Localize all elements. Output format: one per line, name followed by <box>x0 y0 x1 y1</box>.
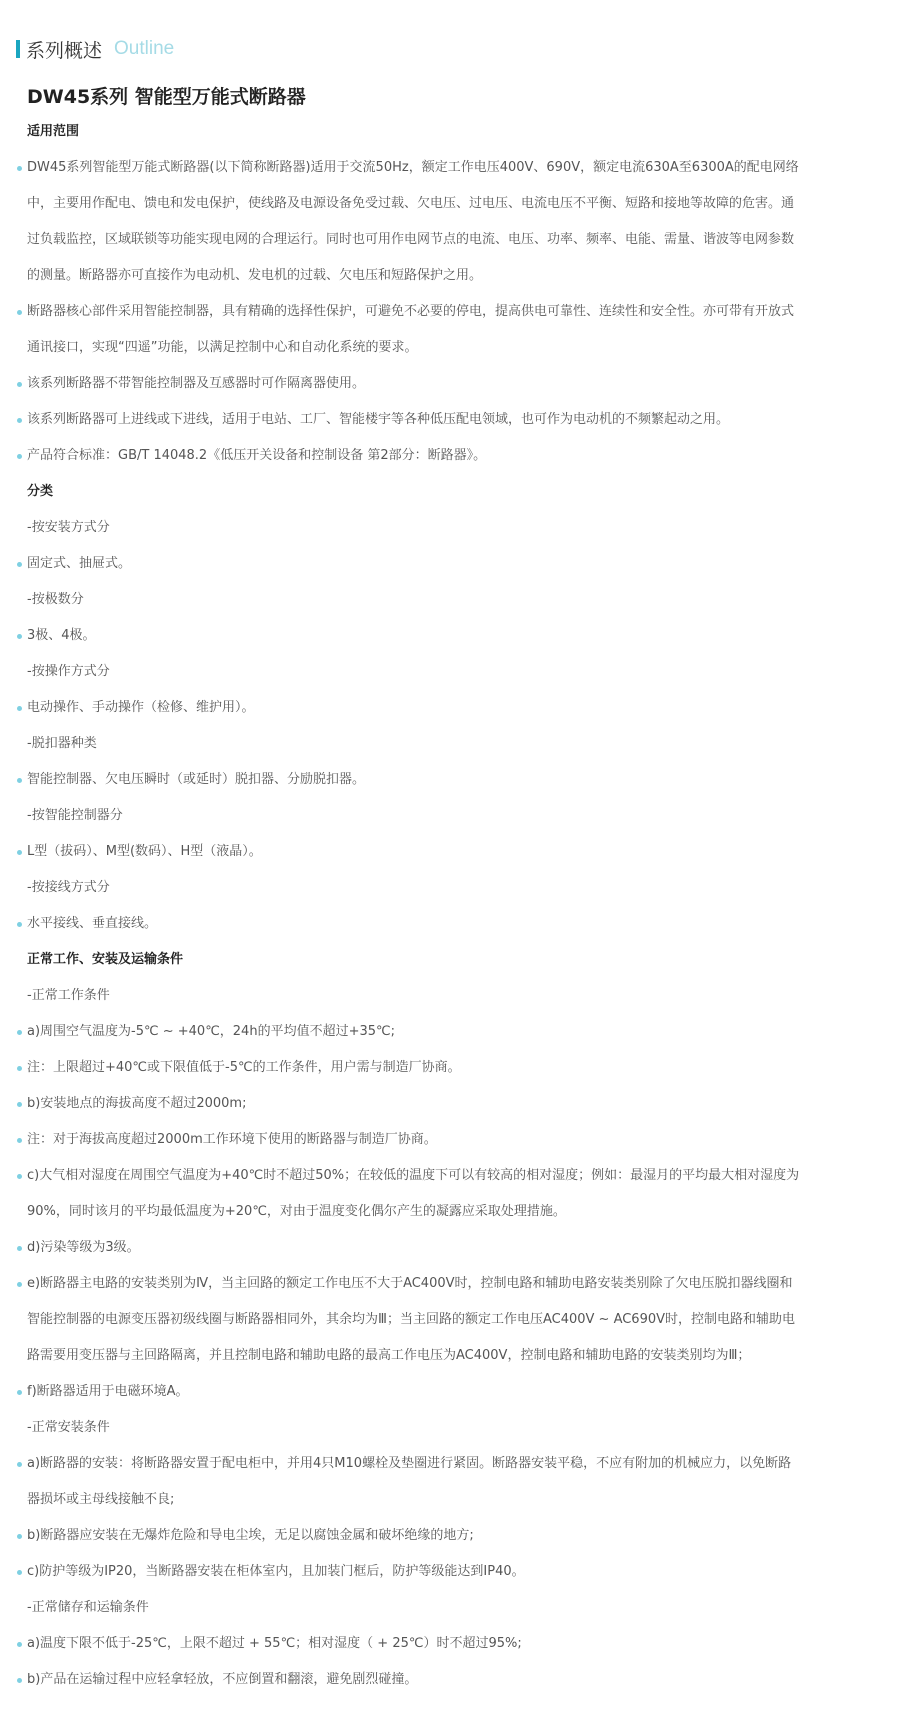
list-item: b)产品在运输过程中应轻拿轻放，不应倒置和翻滚，避免剧烈碰撞。 <box>27 1662 867 1698</box>
list-item: 断路器核心部件采用智能控制器，具有精确的选择性保护，可避免不必要的停电，提高供电… <box>27 294 867 366</box>
category-label: -按安装方式分 <box>27 510 867 546</box>
list-item: 固定式、抽屉式。 <box>27 546 867 582</box>
list-item-text: a)温度下限不低于-25℃，上限不超过 + 55℃；相对湿度（ + 25℃）时不… <box>27 1626 867 1662</box>
bullet-dot-icon <box>17 1462 22 1467</box>
bullet-dot-icon <box>17 1246 22 1251</box>
list-item-text: d)污染等级为3级。 <box>27 1230 867 1266</box>
list-item: e)断路器主电路的安装类别为Ⅳ，当主回路的额定工作电压不大于AC400V时，控制… <box>27 1266 867 1374</box>
subsection-heading: 分类 <box>27 474 867 510</box>
bullet-dot-icon <box>17 850 22 855</box>
list-item-text: c)大气相对湿度在周围空气温度为+40℃时不超过50%；在较低的温度下可以有较高… <box>27 1158 867 1194</box>
category-label: -正常工作条件 <box>27 978 867 1014</box>
list-item: b)安装地点的海拔高度不超过2000m; <box>27 1086 867 1122</box>
list-item-text: 断路器核心部件采用智能控制器，具有精确的选择性保护，可避免不必要的停电，提高供电… <box>27 294 867 330</box>
list-item-text: 该系列断路器不带智能控制器及互感器时可作隔离器使用。 <box>27 366 867 402</box>
list-item-text: 通讯接口，实现“四遥”功能，以满足控制中心和自动化系统的要求。 <box>27 330 867 366</box>
list-item: 注：上限超过+40℃或下限值低于-5℃的工作条件，用户需与制造厂协商。 <box>27 1050 867 1086</box>
list-item-text: 智能控制器的电源变压器初级线圈与断路器相同外，其余均为Ⅲ；当主回路的额定工作电压… <box>27 1302 867 1338</box>
bullet-dot-icon <box>17 1102 22 1107</box>
list-item: 水平接线、垂直接线。 <box>27 906 867 942</box>
list-item-text: 3极、4极。 <box>27 618 867 654</box>
list-item: L型（拔码）、M型(数码）、H型（液晶）。 <box>27 834 867 870</box>
list-item: 该系列断路器不带智能控制器及互感器时可作隔离器使用。 <box>27 366 867 402</box>
list-item-text: 器损坏或主母线接触不良; <box>27 1482 867 1518</box>
list-item-text: L型（拔码）、M型(数码）、H型（液晶）。 <box>27 834 867 870</box>
bullet-dot-icon <box>17 634 22 639</box>
category-label: -按操作方式分 <box>27 654 867 690</box>
list-item-text: 智能控制器、欠电压瞬时（或延时）脱扣器、分励脱扣器。 <box>27 762 867 798</box>
bullet-dot-icon <box>17 1282 22 1287</box>
list-item-text: b)安装地点的海拔高度不超过2000m; <box>27 1086 867 1122</box>
list-item-text: 过负载监控，区域联锁等功能实现电网的合理运行。同时也可用作电网节点的电流、电压、… <box>27 222 867 258</box>
list-item: c)防护等级为IP20，当断路器安装在柜体室内，且加装门框后，防护等级能达到IP… <box>27 1554 867 1590</box>
category-label: -正常安装条件 <box>27 1410 867 1446</box>
list-item: 注：对于海拔高度超过2000m工作环境下使用的断路器与制造厂协商。 <box>27 1122 867 1158</box>
list-item: b)断路器应安装在无爆炸危险和导电尘埃，无足以腐蚀金属和破坏绝缘的地方; <box>27 1518 867 1554</box>
content-body: 适用范围DW45系列智能型万能式断路器(以下简称断路器)适用于交流50Hz，额定… <box>27 114 867 1698</box>
list-item: DW45系列智能型万能式断路器(以下简称断路器)适用于交流50Hz，额定工作电压… <box>27 150 867 294</box>
bullet-dot-icon <box>17 778 22 783</box>
bullet-dot-icon <box>17 1390 22 1395</box>
list-item-text: 路需要用变压器与主回路隔离，并且控制电路和辅助电路的最高工作电压为AC400V，… <box>27 1338 867 1374</box>
bullet-dot-icon <box>17 418 22 423</box>
bullet-dot-icon <box>17 310 22 315</box>
bullet-dot-icon <box>17 166 22 171</box>
bullet-dot-icon <box>17 1642 22 1647</box>
category-label: -按接线方式分 <box>27 870 867 906</box>
list-item: f)断路器适用于电磁环境A。 <box>27 1374 867 1410</box>
list-item-text: 90%，同时该月的平均最低温度为+20℃，对由于温度变化偶尔产生的凝露应采取处理… <box>27 1194 867 1230</box>
list-item: c)大气相对湿度在周围空气温度为+40℃时不超过50%；在较低的温度下可以有较高… <box>27 1158 867 1230</box>
accent-bar <box>16 40 20 58</box>
bullet-dot-icon <box>17 454 22 459</box>
list-item-text: DW45系列智能型万能式断路器(以下简称断路器)适用于交流50Hz，额定工作电压… <box>27 150 867 186</box>
list-item-text: 固定式、抽屉式。 <box>27 546 867 582</box>
category-label: -按智能控制器分 <box>27 798 867 834</box>
bullet-dot-icon <box>17 382 22 387</box>
list-item: d)污染等级为3级。 <box>27 1230 867 1266</box>
list-item-text: 注：上限超过+40℃或下限值低于-5℃的工作条件，用户需与制造厂协商。 <box>27 1050 867 1086</box>
product-title: DW45系列 智能型万能式断路器 <box>27 82 306 109</box>
bullet-dot-icon <box>17 922 22 927</box>
list-item: 该系列断路器可上进线或下进线，适用于电站、工厂、智能楼宇等各种低压配电领域，也可… <box>27 402 867 438</box>
category-label: -按极数分 <box>27 582 867 618</box>
subsection-heading: 正常工作、安装及运输条件 <box>27 942 867 978</box>
list-item-text: 中，主要用作配电、馈电和发电保护，使线路及电源设备免受过载、欠电压、过电压、电流… <box>27 186 867 222</box>
list-item-text: 电动操作、手动操作（检修、维护用）。 <box>27 690 867 726</box>
section-header: 系列概述 Outline <box>16 37 174 61</box>
list-item: a)断路器的安装：将断路器安置于配电柜中，并用4只M10螺栓及垫圈进行紧固。断路… <box>27 1446 867 1518</box>
bullet-dot-icon <box>17 1678 22 1683</box>
list-item-text: 的测量。断路器亦可直接作为电动机、发电机的过载、欠电压和短路保护之用。 <box>27 258 867 294</box>
category-label: -正常储存和运输条件 <box>27 1590 867 1626</box>
section-subtitle: Outline <box>114 38 174 60</box>
list-item: 产品符合标准：GB/T 14048.2《低压开关设备和控制设备 第2部分：断路器… <box>27 438 867 474</box>
subsection-heading: 适用范围 <box>27 114 867 150</box>
list-item: 智能控制器、欠电压瞬时（或延时）脱扣器、分励脱扣器。 <box>27 762 867 798</box>
category-label: -脱扣器种类 <box>27 726 867 762</box>
list-item-text: a)周围空气温度为-5℃ ~ +40℃，24h的平均值不超过+35℃; <box>27 1014 867 1050</box>
list-item-text: b)产品在运输过程中应轻拿轻放，不应倒置和翻滚，避免剧烈碰撞。 <box>27 1662 867 1698</box>
list-item-text: 注：对于海拔高度超过2000m工作环境下使用的断路器与制造厂协商。 <box>27 1122 867 1158</box>
list-item: a)周围空气温度为-5℃ ~ +40℃，24h的平均值不超过+35℃; <box>27 1014 867 1050</box>
list-item-text: f)断路器适用于电磁环境A。 <box>27 1374 867 1410</box>
list-item-text: c)防护等级为IP20，当断路器安装在柜体室内，且加装门框后，防护等级能达到IP… <box>27 1554 867 1590</box>
bullet-dot-icon <box>17 562 22 567</box>
bullet-dot-icon <box>17 1030 22 1035</box>
section-title: 系列概述 <box>26 36 102 63</box>
bullet-dot-icon <box>17 1570 22 1575</box>
bullet-dot-icon <box>17 1174 22 1179</box>
list-item-text: 产品符合标准：GB/T 14048.2《低压开关设备和控制设备 第2部分：断路器… <box>27 438 867 474</box>
list-item-text: e)断路器主电路的安装类别为Ⅳ，当主回路的额定工作电压不大于AC400V时，控制… <box>27 1266 867 1302</box>
list-item-text: 该系列断路器可上进线或下进线，适用于电站、工厂、智能楼宇等各种低压配电领域，也可… <box>27 402 867 438</box>
list-item-text: b)断路器应安装在无爆炸危险和导电尘埃，无足以腐蚀金属和破坏绝缘的地方; <box>27 1518 867 1554</box>
bullet-dot-icon <box>17 1534 22 1539</box>
bullet-dot-icon <box>17 1138 22 1143</box>
list-item-text: 水平接线、垂直接线。 <box>27 906 867 942</box>
list-item: 电动操作、手动操作（检修、维护用）。 <box>27 690 867 726</box>
list-item-text: a)断路器的安装：将断路器安置于配电柜中，并用4只M10螺栓及垫圈进行紧固。断路… <box>27 1446 867 1482</box>
list-item: a)温度下限不低于-25℃，上限不超过 + 55℃；相对湿度（ + 25℃）时不… <box>27 1626 867 1662</box>
list-item: 3极、4极。 <box>27 618 867 654</box>
bullet-dot-icon <box>17 706 22 711</box>
bullet-dot-icon <box>17 1066 22 1071</box>
